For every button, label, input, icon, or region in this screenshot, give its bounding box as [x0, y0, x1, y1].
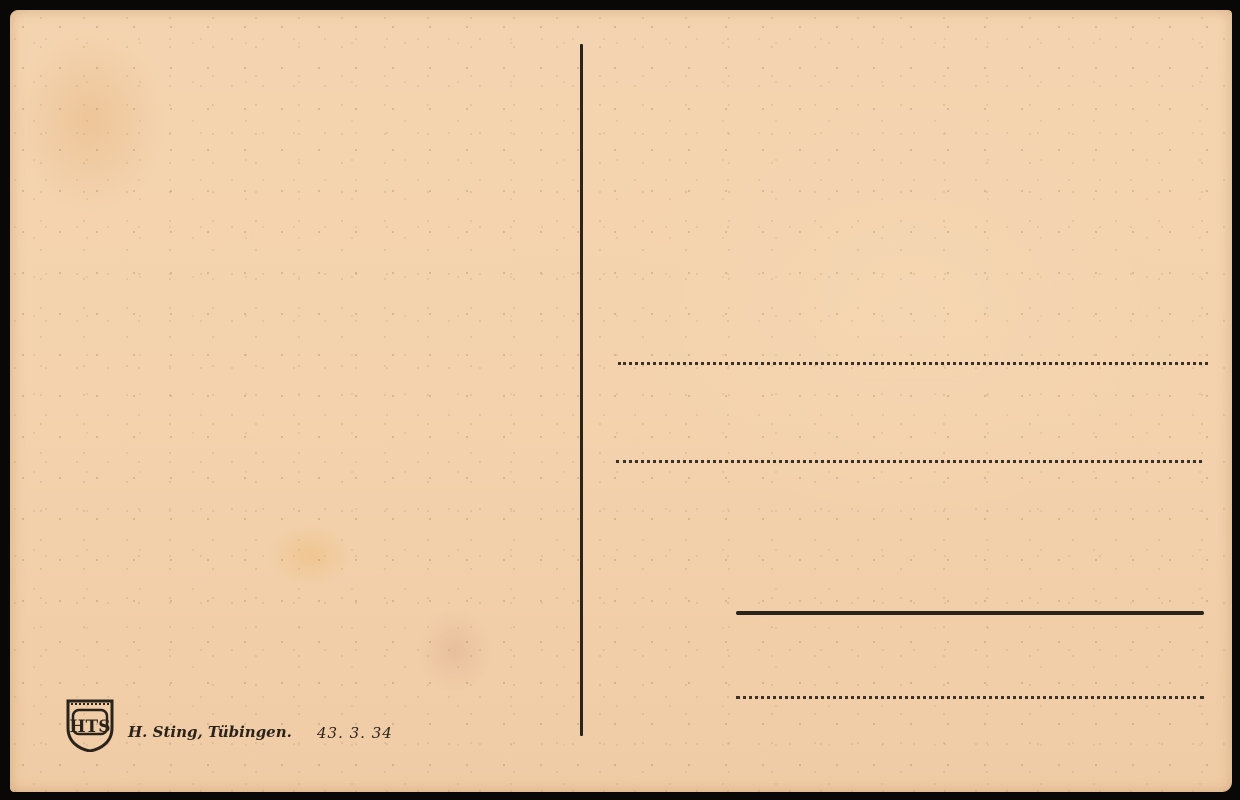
print-code: 43. 3. 34 — [317, 724, 393, 742]
postcard-back: HTS H. Sting, Tübingen. 43. 3. 34 — [10, 10, 1232, 792]
publisher-imprint: H. Sting, Tübingen. — [128, 723, 292, 741]
paper-texture — [10, 10, 1232, 792]
address-line-2 — [616, 460, 1202, 463]
address-line-city — [736, 611, 1204, 615]
message-address-divider — [580, 44, 583, 736]
address-line-4 — [736, 696, 1204, 699]
publisher-shield-logo-icon: HTS — [65, 698, 115, 752]
address-line-1 — [618, 362, 1208, 365]
svg-text:HTS: HTS — [70, 717, 111, 737]
